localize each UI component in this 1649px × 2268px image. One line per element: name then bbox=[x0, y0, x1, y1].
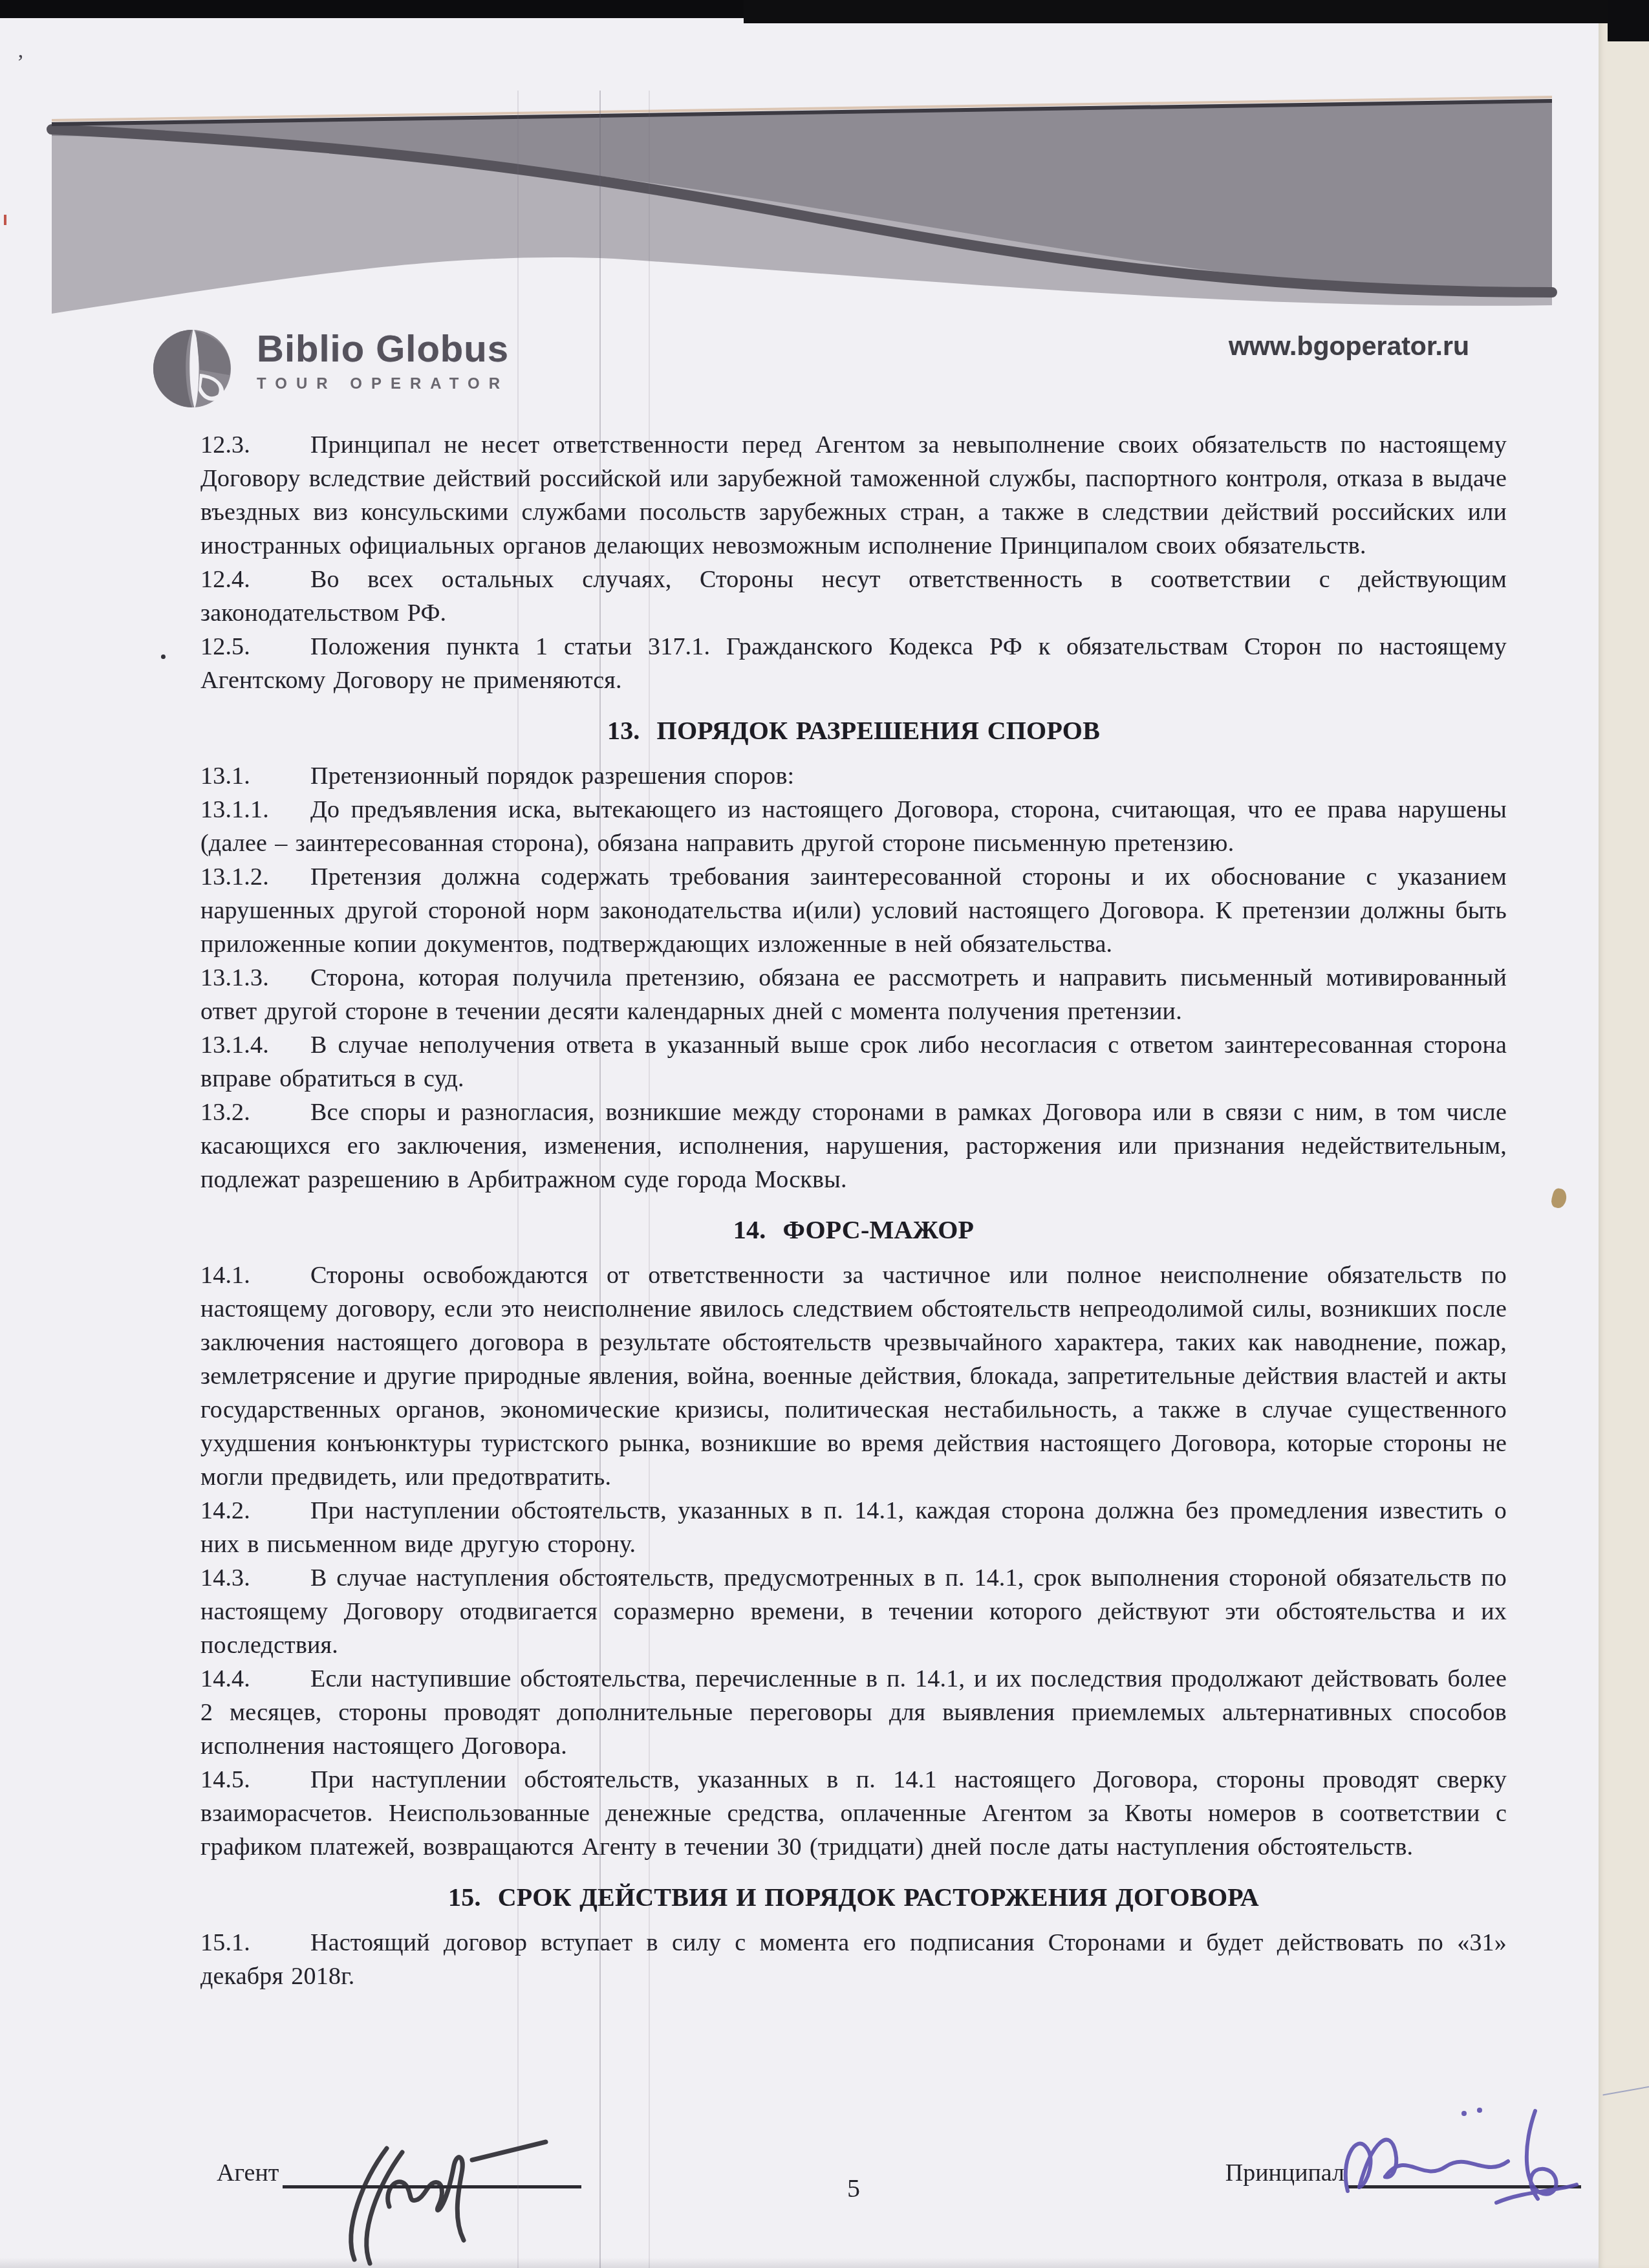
clause-number: 13.1. bbox=[200, 759, 310, 793]
clause-text: Во всех остальных случаях, Стороны несут… bbox=[200, 566, 1507, 627]
ink-speck: ’ bbox=[17, 50, 24, 75]
clause-13-2: 13.2.Все споры и разногласия, возникшие … bbox=[200, 1096, 1507, 1196]
clause-text: При наступлении обстоятельств, указанных… bbox=[200, 1766, 1507, 1861]
clause-number: 15.1. bbox=[200, 1926, 310, 1960]
section-number: 15. bbox=[448, 1883, 481, 1912]
clause-text: В случае наступления обстоятельств, пред… bbox=[200, 1564, 1507, 1659]
section-title: ПОРЯДОК РАЗРЕШЕНИЯ СПОРОВ bbox=[657, 716, 1100, 745]
clause-number: 14.1. bbox=[200, 1258, 310, 1292]
clause-13-1-3: 13.1.3.Сторона, которая получила претенз… bbox=[200, 961, 1507, 1028]
contract-body: 12.3.Принципал не несет ответственности … bbox=[200, 428, 1507, 1993]
clause-number: 13.1.2. bbox=[200, 860, 310, 894]
scan-top-right-corner bbox=[1608, 0, 1649, 41]
clause-text: Настоящий договор вступает в силу с моме… bbox=[200, 1929, 1507, 1990]
section-number: 13. bbox=[607, 716, 640, 745]
clause-13-1-4: 13.1.4.В случае неполучения ответа в ука… bbox=[200, 1028, 1507, 1096]
clause-15-1: 15.1.Настоящий договор вступает в силу с… bbox=[200, 1926, 1507, 1993]
clause-number: 13.1.1. bbox=[200, 793, 310, 826]
clause-text: До предъявления иска, вытекающего из нас… bbox=[200, 796, 1507, 857]
clause-12-4: 12.4.Во всех остальных случаях, Стороны … bbox=[200, 563, 1507, 630]
clause-12-3: 12.3.Принципал не несет ответственности … bbox=[200, 428, 1507, 563]
scanned-contract-page: ’ Biblio Globus TOUR OPERATOR www.bgoper… bbox=[0, 0, 1649, 2268]
clause-number: 13.2. bbox=[200, 1096, 310, 1129]
clause-number: 13.1.3. bbox=[200, 961, 310, 995]
clause-14-3: 14.3.В случае наступления обстоятельств,… bbox=[200, 1561, 1507, 1662]
brand-tagline: TOUR OPERATOR bbox=[257, 375, 509, 393]
clause-number: 12.4. bbox=[200, 563, 310, 596]
clause-13-1-2: 13.1.2.Претензия должна содержать требов… bbox=[200, 860, 1507, 961]
ink-speck bbox=[161, 654, 166, 659]
brand-block: Biblio Globus TOUR OPERATOR bbox=[145, 318, 509, 415]
section-heading-13: 13.ПОРЯДОК РАЗРЕШЕНИЯ СПОРОВ bbox=[200, 714, 1507, 748]
clause-number: 14.3. bbox=[200, 1561, 310, 1595]
red-edge-mark bbox=[4, 215, 6, 225]
page-number: 5 bbox=[200, 2173, 1507, 2203]
clause-12-5: 12.5.Положения пункта 1 статьи 317.1. Гр… bbox=[200, 630, 1507, 697]
clause-13-1: 13.1.Претензионный порядок разрешения сп… bbox=[200, 759, 1507, 793]
clause-number: 14.2. bbox=[200, 1494, 310, 1528]
scanner-bed-strip bbox=[1599, 18, 1649, 2268]
header-wave-band bbox=[0, 91, 1649, 330]
clause-text: Претензия должна содержать требования за… bbox=[200, 863, 1507, 958]
clause-14-5: 14.5.При наступлении обстоятельств, указ… bbox=[200, 1763, 1507, 1864]
website-url: www.bgoperator.ru bbox=[1229, 331, 1469, 362]
clause-number: 14.4. bbox=[200, 1662, 310, 1696]
section-number: 14. bbox=[733, 1215, 766, 1244]
section-heading-14: 14.ФОРС-МАЖОР bbox=[200, 1213, 1507, 1247]
clause-number: 12.5. bbox=[200, 630, 310, 664]
biblio-globus-logo-icon bbox=[145, 318, 242, 415]
clause-14-4: 14.4.Если наступившие обстоятельства, пе… bbox=[200, 1662, 1507, 1763]
brand-name: Biblio Globus bbox=[257, 330, 509, 369]
clause-text: Все споры и разногласия, возникшие между… bbox=[200, 1099, 1507, 1193]
clause-number: 13.1.4. bbox=[200, 1028, 310, 1062]
clause-text: Претензионный порядок разрешения споров: bbox=[310, 762, 794, 790]
clause-text: Положения пункта 1 статьи 317.1. Граждан… bbox=[200, 633, 1507, 694]
scan-top-edge-bar-right bbox=[744, 0, 1649, 23]
clause-text: Принципал не несет ответственности перед… bbox=[200, 431, 1507, 559]
paper-stain bbox=[1550, 1187, 1569, 1209]
section-title: ФОРС-МАЖОР bbox=[782, 1215, 974, 1244]
clause-text: При наступлении обстоятельств, указанных… bbox=[200, 1497, 1507, 1558]
clause-text: Если наступившие обстоятельства, перечис… bbox=[200, 1665, 1507, 1760]
brand-text: Biblio Globus TOUR OPERATOR bbox=[257, 318, 509, 393]
clause-13-1-1: 13.1.1.До предъявления иска, вытекающего… bbox=[200, 793, 1507, 860]
clause-text: Сторона, которая получила претензию, обя… bbox=[200, 964, 1507, 1025]
clause-14-2: 14.2.При наступлении обстоятельств, указ… bbox=[200, 1494, 1507, 1561]
section-heading-15: 15.СРОК ДЕЙСТВИЯ И ПОРЯДОК РАСТОРЖЕНИЯ Д… bbox=[200, 1881, 1507, 1914]
clause-number: 12.3. bbox=[200, 428, 310, 462]
clause-number: 14.5. bbox=[200, 1763, 310, 1797]
clause-text: В случае неполучения ответа в указанный … bbox=[200, 1031, 1507, 1092]
scan-bottom-shadow bbox=[0, 2258, 1649, 2268]
clause-text: Стороны освобождаются от ответственности… bbox=[200, 1262, 1507, 1491]
clause-14-1: 14.1.Стороны освобождаются от ответствен… bbox=[200, 1258, 1507, 1494]
section-title: СРОК ДЕЙСТВИЯ И ПОРЯДОК РАСТОРЖЕНИЯ ДОГО… bbox=[498, 1883, 1259, 1912]
